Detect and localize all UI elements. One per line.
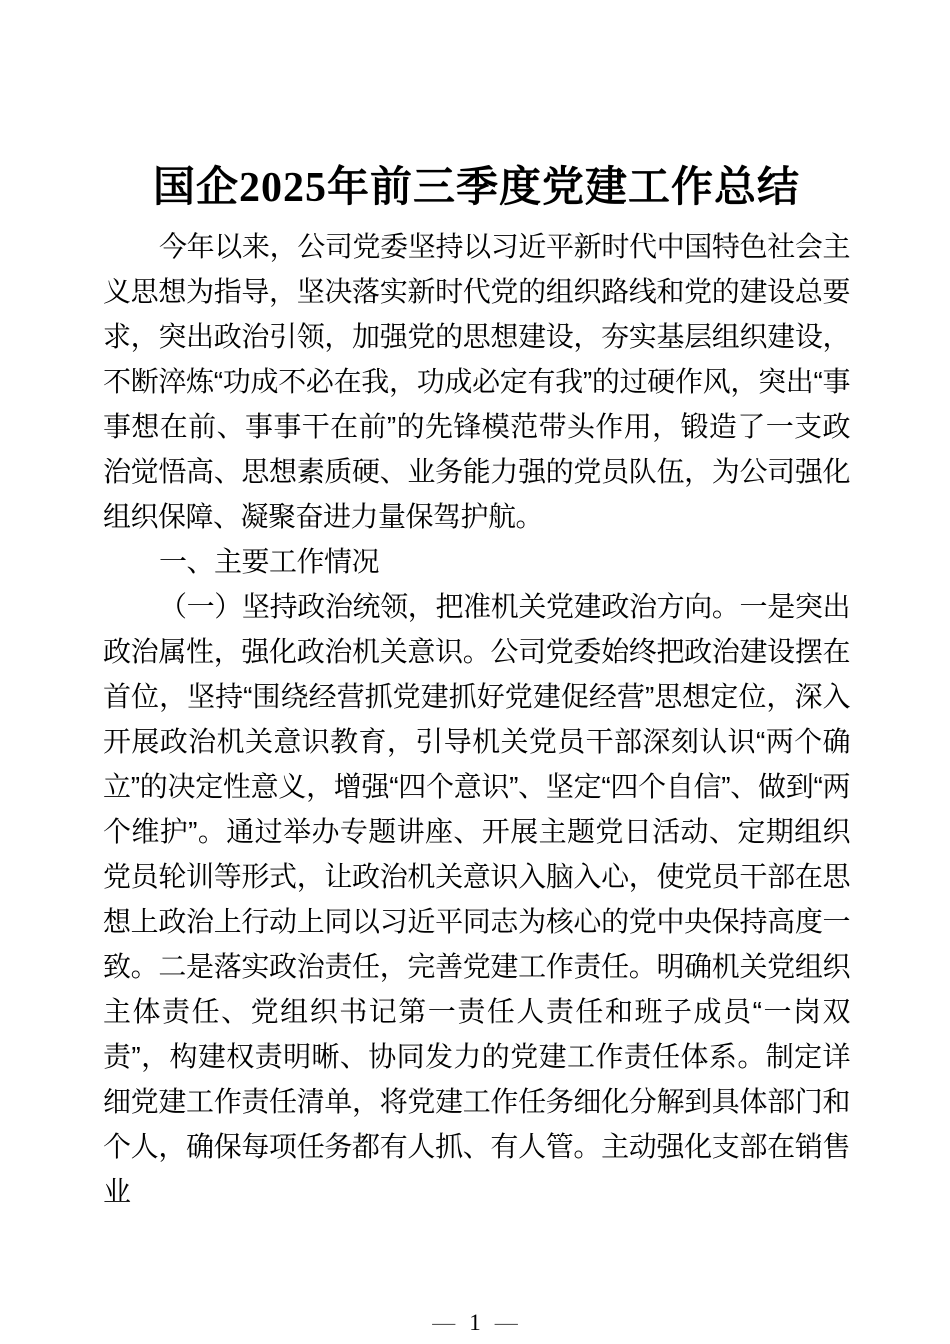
page-footer: —1— <box>0 1308 950 1338</box>
paragraph-intro: 今年以来，公司党委坚持以习近平新时代中国特色社会主义思想为指导，坚决落实新时代党… <box>103 224 850 539</box>
footer-left-dash: — <box>432 1310 455 1335</box>
document-title: 国企2025年前三季度党建工作总结 <box>103 160 850 216</box>
footer-right-dash: — <box>495 1310 518 1335</box>
section-heading-main-work: 一、主要工作情况 <box>103 539 850 584</box>
paragraph-section-one: （一）坚持政治统领，把准机关党建政治方向。一是突出政治属性，强化政治机关意识。公… <box>103 584 850 1214</box>
document-text-block: 国企2025年前三季度党建工作总结 今年以来，公司党委坚持以习近平新时代中国特色… <box>103 160 850 1214</box>
document-page: 国企2025年前三季度党建工作总结 今年以来，公司党委坚持以习近平新时代中国特色… <box>0 0 950 1344</box>
page-number: 1 <box>469 1308 481 1338</box>
